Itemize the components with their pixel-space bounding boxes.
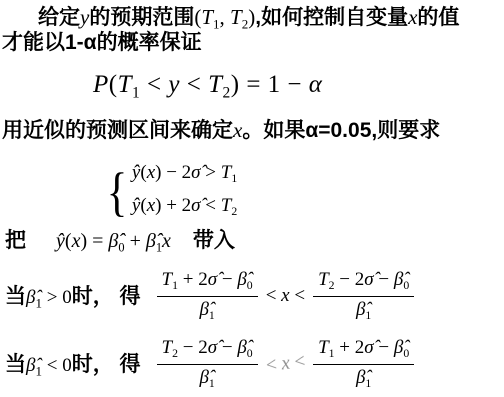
text-segment: < 0	[42, 355, 72, 376]
approx-interval-paragraph: 用近似的预测区间来确定x。如果α=0.05,则要求	[2, 117, 440, 144]
text-segment: −	[217, 337, 237, 358]
text-segment: 当	[5, 353, 26, 376]
inequality-row-upper: ŷ(x) − 2σ̂ > T1	[132, 159, 237, 192]
text-segment: <	[288, 351, 306, 374]
text-segment: 0	[403, 280, 409, 293]
text-segment: σ̂	[364, 269, 373, 290]
text-segment: 1	[209, 377, 215, 390]
text-segment: 时， 得	[72, 353, 141, 376]
text-segment: x	[147, 195, 155, 216]
text-segment: − 2	[178, 337, 208, 358]
text-segment: (	[109, 71, 118, 98]
fraction-right-negative: T1 + 2σ̂ − β̂0 β̂1	[313, 337, 414, 390]
text-segment: T	[162, 337, 173, 358]
text-segment: β̂	[237, 269, 246, 290]
text-segment: σ̂	[364, 337, 373, 358]
text-segment: 2	[223, 84, 231, 101]
text-segment: <	[180, 71, 208, 98]
case-beta-positive-line: 当β̂1 > 0时， 得 T1 + 2σ̂ − β̂0 β̂1 < x < T2…	[5, 262, 414, 330]
text-segment: T	[230, 5, 242, 29]
text-segment: σ̂	[208, 269, 217, 290]
text-segment: β̂	[108, 230, 118, 252]
text-segment: ,	[220, 5, 231, 29]
fraction-denominator: β̂1	[157, 296, 258, 323]
text-segment: T	[221, 195, 232, 216]
text-segment: <	[290, 285, 305, 306]
text-segment: ) − 2	[155, 162, 191, 183]
text-segment: 时， 得	[72, 285, 141, 308]
substitution-prefix: 把	[5, 224, 26, 254]
text-segment: x	[147, 162, 155, 183]
text-segment: T	[201, 5, 213, 29]
regression-formula: ŷ(x) = β̂0 + β̂1x	[56, 230, 171, 255]
text-segment: 1	[209, 309, 215, 322]
text-segment: 带入	[193, 229, 235, 252]
text-segment: (	[65, 230, 72, 252]
text-segment: 的预期范围	[89, 6, 194, 29]
text-segment: y	[80, 5, 89, 29]
fraction-denominator: β̂1	[313, 296, 414, 323]
intro-paragraph-line2: 才能以1-α的概率保证	[2, 30, 202, 56]
text-segment: σ̂	[191, 162, 200, 183]
fraction-numerator: T1 + 2σ̂ − β̂0	[313, 337, 414, 363]
text-segment: −	[217, 269, 237, 290]
text-segment: β̂	[394, 269, 403, 290]
fraction-numerator: T1 + 2σ̂ − β̂0	[157, 269, 258, 295]
fraction-denominator: β̂1	[313, 364, 414, 391]
inequality-rows: ŷ(x) − 2σ̂ > T1 ŷ(x) + 2σ̂ < T2	[132, 159, 237, 225]
text-segment: +	[125, 230, 146, 252]
case-negative-label: 当β̂1 < 0时， 得	[5, 348, 141, 380]
text-segment: T	[162, 269, 173, 290]
text-segment: ,如何控制自变量	[255, 6, 408, 29]
text-segment: 1	[231, 172, 237, 185]
text-segment: T	[208, 71, 222, 98]
inequality-row-lower: ŷ(x) + 2σ̂ < T2	[132, 192, 237, 225]
text-segment: >	[201, 162, 221, 183]
text-segment: <	[201, 195, 221, 216]
text-segment: α	[309, 71, 323, 98]
text-segment: T	[221, 162, 232, 183]
text-segment: T	[318, 337, 329, 358]
text-segment: 才能以1-α的概率保证	[2, 31, 202, 54]
text-segment: x	[281, 285, 289, 306]
text-segment: 1	[365, 377, 371, 390]
text-segment: x	[162, 230, 171, 252]
inequality-system: { ŷ(x) − 2σ̂ > T1 ŷ(x) + 2σ̂ < T2	[104, 159, 237, 225]
left-brace-glyph: {	[107, 165, 128, 219]
text-segment: β̂	[199, 367, 208, 388]
fraction-numerator: T2 − 2σ̂ − β̂0	[157, 337, 258, 363]
text-segment: + 2	[335, 337, 365, 358]
text-segment: − 2	[335, 269, 365, 290]
text-segment: 用近似的预测区间来确定	[2, 119, 233, 142]
text-segment: <	[266, 285, 281, 306]
case-beta-negative-line: 当β̂1 < 0时， 得 T2 − 2σ̂ − β̂0 β̂1 < x < T1…	[5, 334, 414, 394]
text-segment: x	[408, 5, 417, 29]
text-segment: T	[118, 71, 132, 98]
text-segment: y	[168, 71, 180, 98]
text-segment: β̂	[356, 367, 365, 388]
text-segment: > 0	[42, 287, 72, 308]
text-segment: 。如果α=0.05,则要求	[242, 119, 440, 142]
document-page: 给定y的预期范围(T1, T2),如何控制自变量x的值 才能以1-α的概率保证 …	[0, 0, 504, 397]
probability-formula: P(T1 < y < T2) = 1 − α	[93, 70, 322, 102]
text-segment: ) = 1 −	[231, 71, 309, 98]
text-segment: 0	[247, 280, 253, 293]
text-segment: −	[374, 337, 394, 358]
text-segment: β̂	[199, 299, 208, 320]
text-segment: ) =	[80, 230, 108, 252]
text-segment: 1	[365, 309, 371, 322]
fraction-left-positive: T1 + 2σ̂ − β̂0 β̂1	[157, 269, 258, 322]
substitution-line: 把 ŷ(x) = β̂0 + β̂1x 带入	[5, 224, 235, 255]
text-segment: σ̂	[191, 195, 200, 216]
text-segment: + 2	[178, 269, 208, 290]
text-segment: β̂	[237, 337, 246, 358]
text-segment: β̂	[394, 337, 403, 358]
text-segment: 当	[5, 285, 26, 308]
substitution-suffix: 带入	[193, 224, 235, 254]
text-segment: <	[140, 71, 168, 98]
text-segment: ) + 2	[155, 195, 191, 216]
text-segment: 的值	[417, 6, 459, 29]
fraction-left-negative: T2 − 2σ̂ − β̂0 β̂1	[157, 337, 258, 390]
fraction-right-positive: T2 − 2σ̂ − β̂0 β̂1	[313, 269, 414, 322]
text-segment: 0	[403, 348, 409, 361]
fraction-numerator: T2 − 2σ̂ − β̂0	[313, 269, 414, 295]
text-segment: −	[374, 269, 394, 290]
text-segment: 给定	[38, 6, 80, 29]
text-segment: P	[93, 71, 109, 98]
case-positive-label: 当β̂1 > 0时， 得	[5, 280, 141, 312]
inequality-middle-positive: < x <	[266, 285, 305, 307]
text-segment: x	[233, 118, 242, 142]
inequality-middle-negative-faded: < x <	[264, 351, 306, 378]
text-segment: β̂	[146, 230, 156, 252]
text-segment: 把	[5, 229, 26, 252]
fraction-denominator: β̂1	[157, 364, 258, 391]
text-segment: 0	[247, 348, 253, 361]
text-segment: 2	[231, 205, 237, 218]
text-segment: ŷ	[56, 230, 65, 252]
text-segment: β̂	[356, 299, 365, 320]
text-segment: T	[318, 269, 329, 290]
text-segment: σ̂	[208, 337, 217, 358]
